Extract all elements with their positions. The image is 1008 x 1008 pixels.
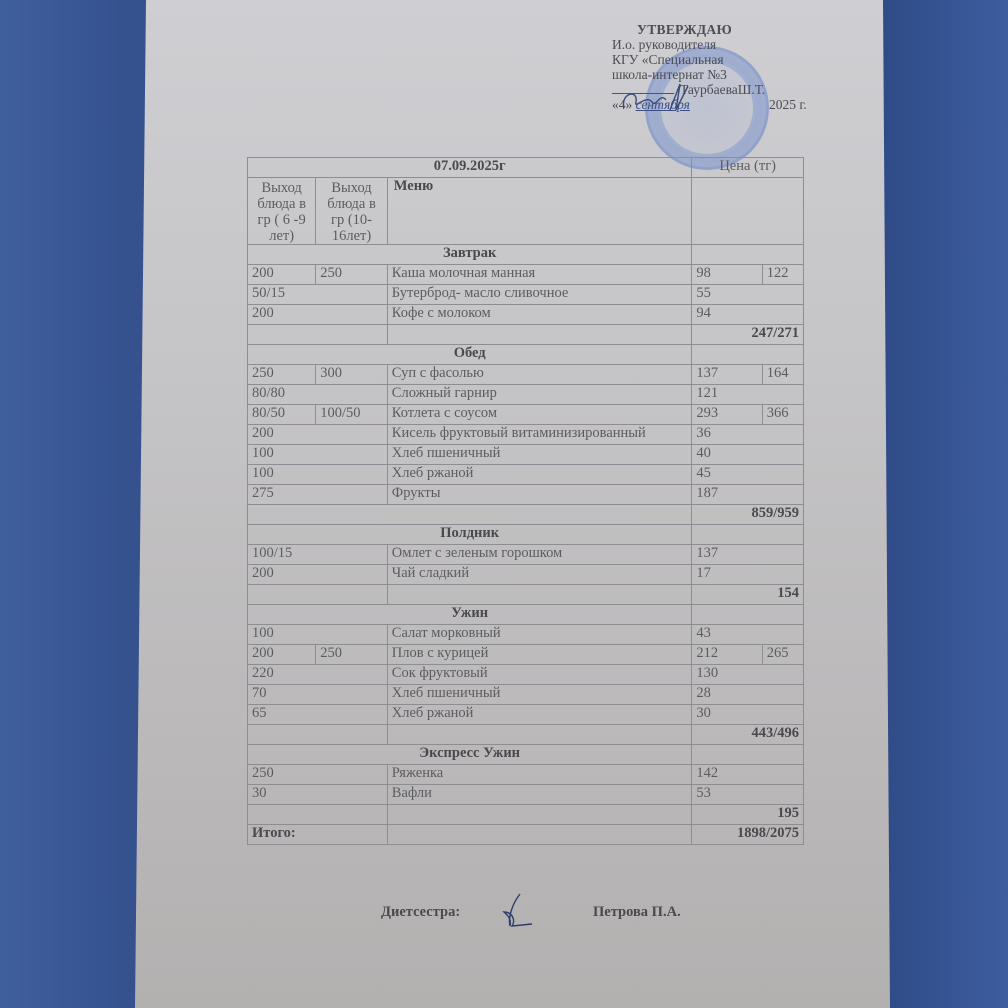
subtotal-row: 247/271 [248,325,804,345]
table-row: 200250Плов с курицей212265 [248,645,804,665]
col-yield-older: Выход блюда в гр (10-16лет) [316,178,388,245]
dish-name: Кофе с молоком [387,305,692,325]
price-header: Цена (тг) [692,158,804,178]
price-older: 122 [762,265,803,285]
grand-total: 1898/2075 [692,825,804,845]
col-price-empty [692,178,804,245]
section-title: Полдник [248,525,692,545]
subtotal-empty [387,805,692,825]
section-header-row: Полдник [248,525,804,545]
dish-name: Фрукты [387,485,692,505]
table-row: 100Салат морковный43 [248,625,804,645]
table-row: 70Хлеб пшеничный28 [248,685,804,705]
approval-line: И.о. руководителя [612,37,832,52]
table-row: 220Сок фруктовый130 [248,665,804,685]
table-row: 65Хлеб ржаной30 [248,705,804,725]
yield-young: 50/15 [248,285,388,305]
menu-table: 07.09.2025г Цена (тг) Выход блюда в гр (… [247,157,804,845]
section-header-row: Экспресс Ужин [248,745,804,765]
section-header-row: Обед [248,345,804,365]
price-young: 17 [692,565,804,585]
dietitian-role: Диетсестра: [381,904,460,921]
dish-name: Сложный гарнир [387,385,692,405]
section-subtotal: 154 [692,585,804,605]
table-row: 100/15Омлет с зеленым горошком137 [248,545,804,565]
section-price-empty [692,605,804,625]
total-empty [387,825,692,845]
section-subtotal: 247/271 [692,325,804,345]
yield-young: 200 [248,305,388,325]
subtotal-row: 443/496 [248,725,804,745]
subtotal-empty [248,325,388,345]
yield-older: 250 [316,265,388,285]
dish-name: Суп с фасолью [387,365,692,385]
price-young: 55 [692,285,804,305]
table-row: 250Ряженка142 [248,765,804,785]
yield-young: 100 [248,625,388,645]
dish-name: Хлеб пшеничный [387,445,692,465]
table-row: 80/50100/50Котлета с соусом293366 [248,405,804,425]
section-header-row: Завтрак [248,245,804,265]
price-young: 137 [692,365,762,385]
price-young: 187 [692,485,804,505]
yield-young: 100/15 [248,545,388,565]
subtotal-row: 154 [248,585,804,605]
table-row: 80/80Сложный гарнир121 [248,385,804,405]
section-price-empty [692,345,804,365]
dish-name: Каша молочная манная [387,265,692,285]
subtotal-empty [387,325,692,345]
table-row: 200250Каша молочная манная98122 [248,265,804,285]
yield-young: 100 [248,465,388,485]
subtotal-empty [387,725,692,745]
dish-name: Сок фруктовый [387,665,692,685]
dish-name: Чай сладкий [387,565,692,585]
yield-older: 250 [316,645,388,665]
price-young: 137 [692,545,804,565]
dish-name: Хлеб ржаной [387,705,692,725]
table-row: 275Фрукты187 [248,485,804,505]
approval-title: УТВЕРЖДАЮ [612,22,832,37]
price-young: 121 [692,385,804,405]
yield-young: 200 [248,425,388,445]
price-young: 43 [692,625,804,645]
approval-date-year: 2025 г. [769,97,807,112]
dish-name: Котлета с соусом [387,405,692,425]
section-price-empty [692,245,804,265]
price-young: 142 [692,765,804,785]
price-older: 366 [762,405,803,425]
yield-young: 70 [248,685,388,705]
director-signature-icon [616,80,706,120]
yield-older: 300 [316,365,388,385]
section-title: Обед [248,345,692,365]
price-young: 36 [692,425,804,445]
table-date-row: 07.09.2025г Цена (тг) [248,158,804,178]
section-subtotal: 195 [692,805,804,825]
yield-young: 80/50 [248,405,316,425]
table-row: 200Кисель фруктовый витаминизированный36 [248,425,804,445]
table-row: 250300Суп с фасолью137164 [248,365,804,385]
yield-young: 200 [248,645,316,665]
dish-name: Хлеб пшеничный [387,685,692,705]
yield-young: 200 [248,265,316,285]
price-older: 164 [762,365,803,385]
subtotal-row: 195 [248,805,804,825]
subtotal-empty [387,585,692,605]
section-price-empty [692,525,804,545]
price-young: 40 [692,445,804,465]
section-header-row: Ужин [248,605,804,625]
dish-name: Омлет с зеленым горошком [387,545,692,565]
price-young: 293 [692,405,762,425]
total-label: Итого: [248,825,388,845]
yield-older: 100/50 [316,405,388,425]
dish-name: Хлеб ржаной [387,465,692,485]
price-older: 265 [762,645,803,665]
price-young: 30 [692,705,804,725]
subtotal-empty [248,725,388,745]
dish-name: Вафли [387,785,692,805]
table-row: 200Чай сладкий17 [248,565,804,585]
table-row: 100Хлеб ржаной45 [248,465,804,485]
table-row: 50/15Бутерброд- масло сливочное55 [248,285,804,305]
dish-name: Бутерброд- масло сливочное [387,285,692,305]
dietitian-name: Петрова П.А. [593,904,681,921]
subtotal-empty [248,585,388,605]
yield-young: 80/80 [248,385,388,405]
col-yield-young: Выход блюда в гр ( 6 -9 лет) [248,178,316,245]
yield-young: 250 [248,765,388,785]
dietitian-signature-icon [498,892,538,932]
yield-young: 275 [248,485,388,505]
approval-line: КГУ «Специальная [612,52,832,67]
dish-name: Плов с курицей [387,645,692,665]
price-young: 212 [692,645,762,665]
section-title: Экспресс Ужин [248,745,692,765]
subtotal-row: 859/959 [248,505,804,525]
table-row: 30Вафли53 [248,785,804,805]
menu-date: 07.09.2025г [248,158,692,178]
price-young: 45 [692,465,804,485]
col-menu: Меню [387,178,692,245]
price-young: 98 [692,265,762,285]
table-header-row: Выход блюда в гр ( 6 -9 лет) Выход блюда… [248,178,804,245]
dish-name: Кисель фруктовый витаминизированный [387,425,692,445]
yield-young: 100 [248,445,388,465]
yield-young: 200 [248,565,388,585]
section-price-empty [692,745,804,765]
price-young: 94 [692,305,804,325]
yield-young: 250 [248,365,316,385]
section-title: Завтрак [248,245,692,265]
price-young: 130 [692,665,804,685]
table-row: 100Хлеб пшеничный40 [248,445,804,465]
subtotal-empty [248,805,388,825]
table-row: 200Кофе с молоком94 [248,305,804,325]
section-title: Ужин [248,605,692,625]
dish-name: Салат морковный [387,625,692,645]
section-subtotal: 443/496 [692,725,804,745]
price-young: 53 [692,785,804,805]
section-subtotal: 859/959 [692,505,804,525]
yield-young: 65 [248,705,388,725]
subtotal-empty [248,505,692,525]
yield-young: 30 [248,785,388,805]
price-young: 28 [692,685,804,705]
total-row: Итого:1898/2075 [248,825,804,845]
dish-name: Ряженка [387,765,692,785]
yield-young: 220 [248,665,388,685]
footer: Диетсестра: Петрова П.А. [0,904,1008,926]
